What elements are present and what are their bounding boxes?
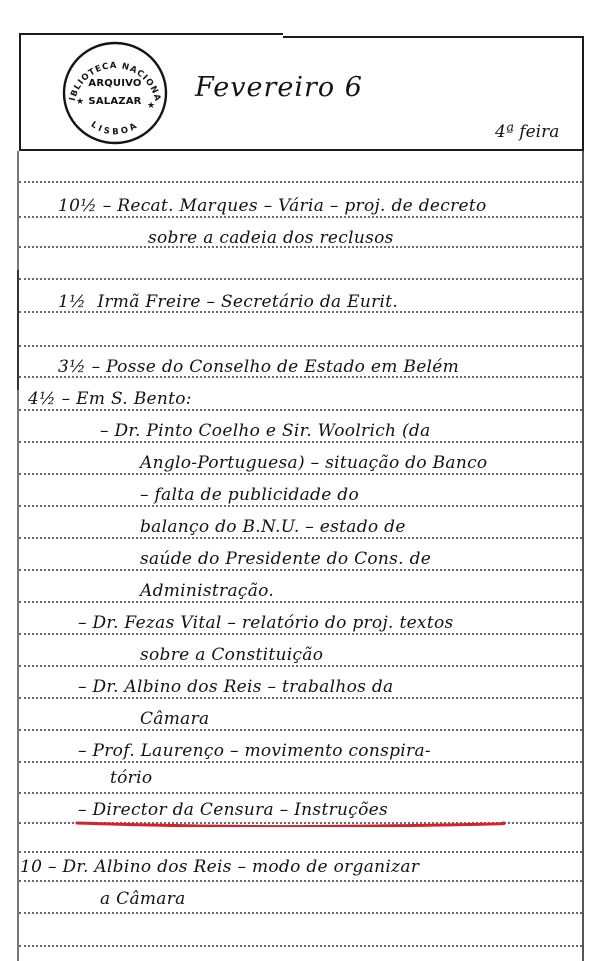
entry-text: Irmã Freire – Secretário da Eurit. [97,292,398,312]
weekday: 4ª feira [495,122,559,142]
subentry-pinto-coelho-line-4: balanço do B.N.U. – estado de [140,517,406,537]
entry-1030-line-2: sobre a cadeia dos reclusos [148,228,394,248]
entry-text: – Recat. Marques – Vária – proj. de decr… [103,196,487,216]
ruled-line [19,665,582,667]
ruled-line [19,278,582,280]
archive-stamp: BIBLIOTECA NACIONAL LISBOA ★ ★ ARQUIVO S… [61,40,169,146]
ruled-line [19,601,582,603]
ruled-line [19,912,582,914]
stamp-line-arquivo: ARQUIVO [61,78,169,89]
entry-text: – Posse do Conselho de Estado em Belém [92,357,459,377]
ruled-line [19,537,582,539]
subentry-albino-reis-line-2: Câmara [140,709,209,729]
page-right-border [582,151,584,961]
entry-1630-line-1: 4½ – Em S. Bento: [28,389,192,409]
ruled-line [19,473,582,475]
entry-text: – Dr. Albino dos Reis – modo de organiza… [48,857,419,877]
ruled-line [19,851,582,853]
ruled-line [19,569,582,571]
subentry-censura-line-1: – Director da Censura – Instruções [78,800,388,820]
entry-text: – Em S. Bento: [62,389,192,409]
subentry-laurenco-line-2: tório [110,768,152,788]
entry-1030-line-1: 10½ – Recat. Marques – Vária – proj. de … [58,196,487,216]
ruled-line [19,880,582,882]
subentry-albino-reis-line-1: – Dr. Albino dos Reis – trabalhos da [78,677,393,697]
ruled-line [19,345,582,347]
page-left-border-shadow [17,270,19,390]
entry-time: 1½ [58,292,86,312]
entry-time: 10 [20,857,42,877]
ruled-line [19,181,582,183]
entry-time: 10½ [58,196,97,216]
svg-text:LISBOA: LISBOA [89,120,141,138]
ruled-line [19,697,582,699]
entry-10-line-1: 10 – Dr. Albino dos Reis – modo de organ… [20,857,419,877]
subentry-laurenco-line-1: – Prof. Laurenço – movimento conspira- [78,741,431,761]
entry-1530-line-1: 3½ – Posse do Conselho de Estado em Belé… [58,357,459,377]
ruled-line [19,729,582,731]
subentry-pinto-coelho-line-6: Administração. [140,581,274,601]
entry-time: 3½ [58,357,86,377]
ruled-line [19,216,582,218]
subentry-pinto-coelho-line-2: Anglo-Portuguesa) – situação do Banco [140,453,487,473]
stamp-circle-icon: BIBLIOTECA NACIONAL LISBOA ★ ★ [61,40,169,146]
subentry-pinto-coelho-line-5: saúde do Presidente do Cons. de [140,549,431,569]
subentry-fezas-vital-line-1: – Dr. Fezas Vital – relatório do proj. t… [78,613,454,633]
subentry-fezas-vital-line-2: sobre a Constituição [140,645,323,665]
ruled-line [19,633,582,635]
svg-text:BIBLIOTECA NACIONAL: BIBLIOTECA NACIONAL [61,40,162,103]
stamp-line-salazar: SALAZAR [61,96,169,107]
entry-time: 4½ [28,389,56,409]
date-title: Fevereiro 6 [195,72,363,103]
ruled-line [19,945,582,947]
ruled-line [19,792,582,794]
subentry-pinto-coelho-line-3: – falta de publicidade do [140,485,359,505]
ruled-line [19,441,582,443]
ruled-line [19,409,582,411]
subentry-pinto-coelho-line-1: – Dr. Pinto Coelho e Sir. Woolrich (da [100,421,431,441]
ruled-line [19,505,582,507]
red-highlight-underline [75,821,505,827]
entry-10-line-2: a Câmara [100,889,186,909]
ruled-line [19,761,582,763]
entry-1330-line-1: 1½ Irmã Freire – Secretário da Eurit. [58,292,398,312]
